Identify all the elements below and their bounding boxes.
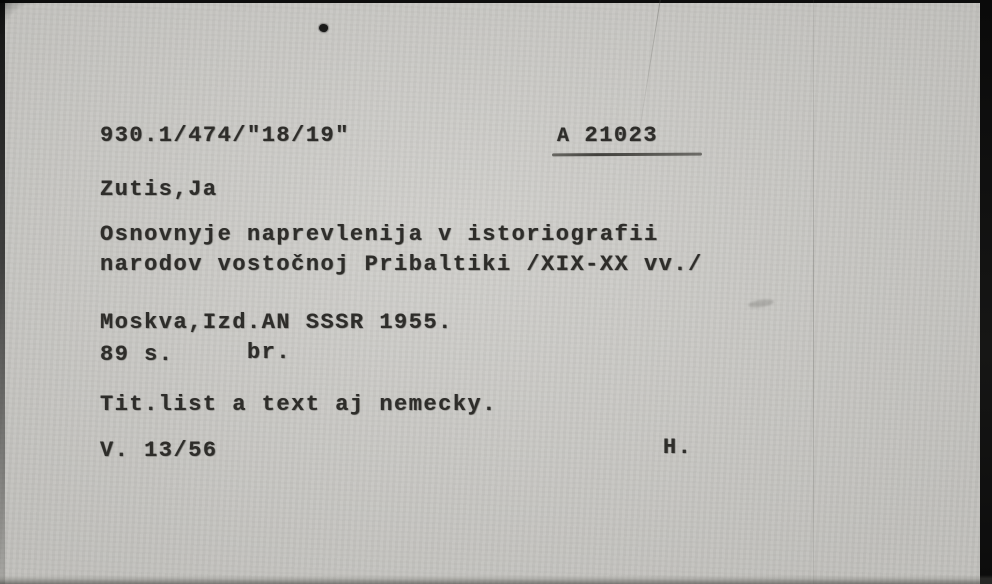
vertical-crease (813, 0, 814, 584)
accession-digits: 21023 (585, 123, 659, 148)
catalog-card-scan: 930.1/474/"18/19" A21023 Zutis,Ja Osnovn… (0, 0, 992, 584)
scan-edge-right (980, 0, 992, 584)
pencil-smudge (748, 298, 775, 309)
accession-number: A21023 (557, 125, 658, 147)
scan-edge-top (0, 0, 992, 3)
date-code: V. 13/56 (100, 440, 218, 462)
title-line-1: Osnovnyje naprevlenija v istoriografii (100, 224, 659, 246)
scan-edge-left (0, 0, 5, 584)
accession-prefix: A (557, 125, 571, 148)
accession-underline (552, 153, 702, 157)
cataloguer-initials: H. (663, 437, 692, 459)
language-note: Tit.list a text aj nemecky. (100, 394, 497, 416)
call-number: 930.1/474/"18/19" (100, 125, 350, 147)
scan-edge-bottom (0, 575, 992, 584)
collation: 89 s. (100, 344, 174, 366)
card-corner-shadow (0, 0, 34, 34)
ink-spot (318, 23, 329, 33)
author-line: Zutis,Ja (100, 179, 218, 201)
imprint-line: Moskva,Izd.AN SSSR 1955. (100, 312, 453, 334)
title-line-2: narodov vostočnoj Pribaltiki /XIX-XX vv.… (100, 254, 703, 276)
binding-note: br. (247, 342, 291, 364)
